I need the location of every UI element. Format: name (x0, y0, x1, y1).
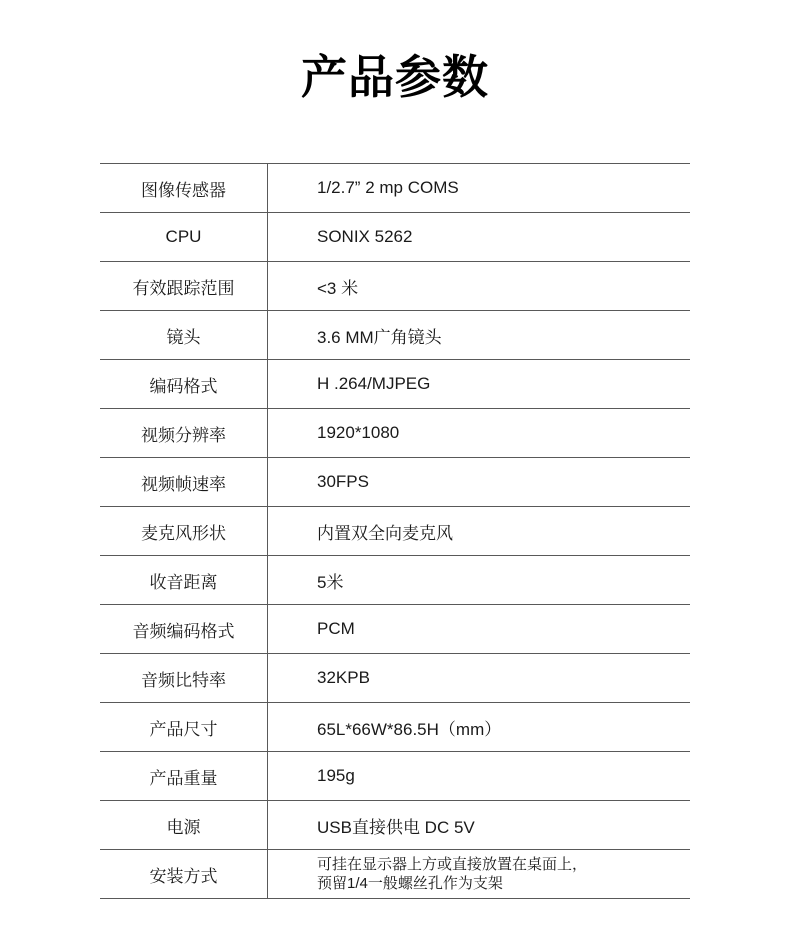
spec-label: 音频编码格式 (100, 605, 268, 653)
spec-label: 视频分辨率 (100, 409, 268, 457)
spec-row-audio-encoding: 音频编码格式 PCM (100, 605, 690, 654)
spec-row-product-size: 产品尺寸 65L*66W*86.5H（mm） (100, 703, 690, 752)
page-title: 产品参数 (0, 54, 790, 100)
spec-value: 5米 (268, 556, 690, 604)
spec-label: 编码格式 (100, 360, 268, 408)
spec-label: 麦克风形状 (100, 507, 268, 555)
spec-value: PCM (268, 605, 690, 653)
product-spec-page: 产品参数 图像传感器 1/2.7” 2 mp COMS CPU SONIX 52… (0, 0, 790, 937)
spec-value: <3 米 (268, 262, 690, 310)
spec-value: 内置双全向麦克风 (268, 507, 690, 555)
spec-row-audio-bitrate: 音频比特率 32KPB (100, 654, 690, 703)
spec-value: 30FPS (268, 458, 690, 506)
spec-row-pickup-distance: 收音距离 5米 (100, 556, 690, 605)
spec-row-cpu: CPU SONIX 5262 (100, 213, 690, 262)
spec-row-power: 电源 USB直接供电 DC 5V (100, 801, 690, 850)
spec-row-video-resolution: 视频分辨率 1920*1080 (100, 409, 690, 458)
spec-value: 195g (268, 752, 690, 800)
spec-label: CPU (100, 213, 268, 261)
spec-row-image-sensor: 图像传感器 1/2.7” 2 mp COMS (100, 164, 690, 213)
spec-row-lens: 镜头 3.6 MM广角镜头 (100, 311, 690, 360)
spec-row-frame-rate: 视频帧速率 30FPS (100, 458, 690, 507)
spec-value: 65L*66W*86.5H（mm） (268, 703, 690, 751)
spec-label: 图像传感器 (100, 164, 268, 212)
spec-label: 视频帧速率 (100, 458, 268, 506)
spec-value: SONIX 5262 (268, 213, 690, 261)
spec-value: 1/2.7” 2 mp COMS (268, 164, 690, 212)
spec-label: 音频比特率 (100, 654, 268, 702)
spec-table: 图像传感器 1/2.7” 2 mp COMS CPU SONIX 5262 有效… (100, 163, 690, 899)
spec-label: 产品尺寸 (100, 703, 268, 751)
spec-label: 收音距离 (100, 556, 268, 604)
spec-label: 有效跟踪范围 (100, 262, 268, 310)
spec-label: 产品重量 (100, 752, 268, 800)
spec-label: 电源 (100, 801, 268, 849)
spec-row-product-weight: 产品重量 195g (100, 752, 690, 801)
spec-value: H .264/MJPEG (268, 360, 690, 408)
spec-value: 32KPB (268, 654, 690, 702)
spec-row-encoding-format: 编码格式 H .264/MJPEG (100, 360, 690, 409)
spec-row-tracking-range: 有效跟踪范围 <3 米 (100, 262, 690, 311)
spec-label: 镜头 (100, 311, 268, 359)
spec-value: USB直接供电 DC 5V (268, 801, 690, 849)
spec-row-microphone: 麦克风形状 内置双全向麦克风 (100, 507, 690, 556)
spec-row-installation: 安装方式 可挂在显示器上方或直接放置在桌面上， 预留1/4一般螺丝孔作为支架 (100, 850, 690, 899)
spec-value: 可挂在显示器上方或直接放置在桌面上， 预留1/4一般螺丝孔作为支架 (268, 850, 690, 898)
spec-label: 安装方式 (100, 850, 268, 898)
spec-value: 3.6 MM广角镜头 (268, 311, 690, 359)
spec-value: 1920*1080 (268, 409, 690, 457)
